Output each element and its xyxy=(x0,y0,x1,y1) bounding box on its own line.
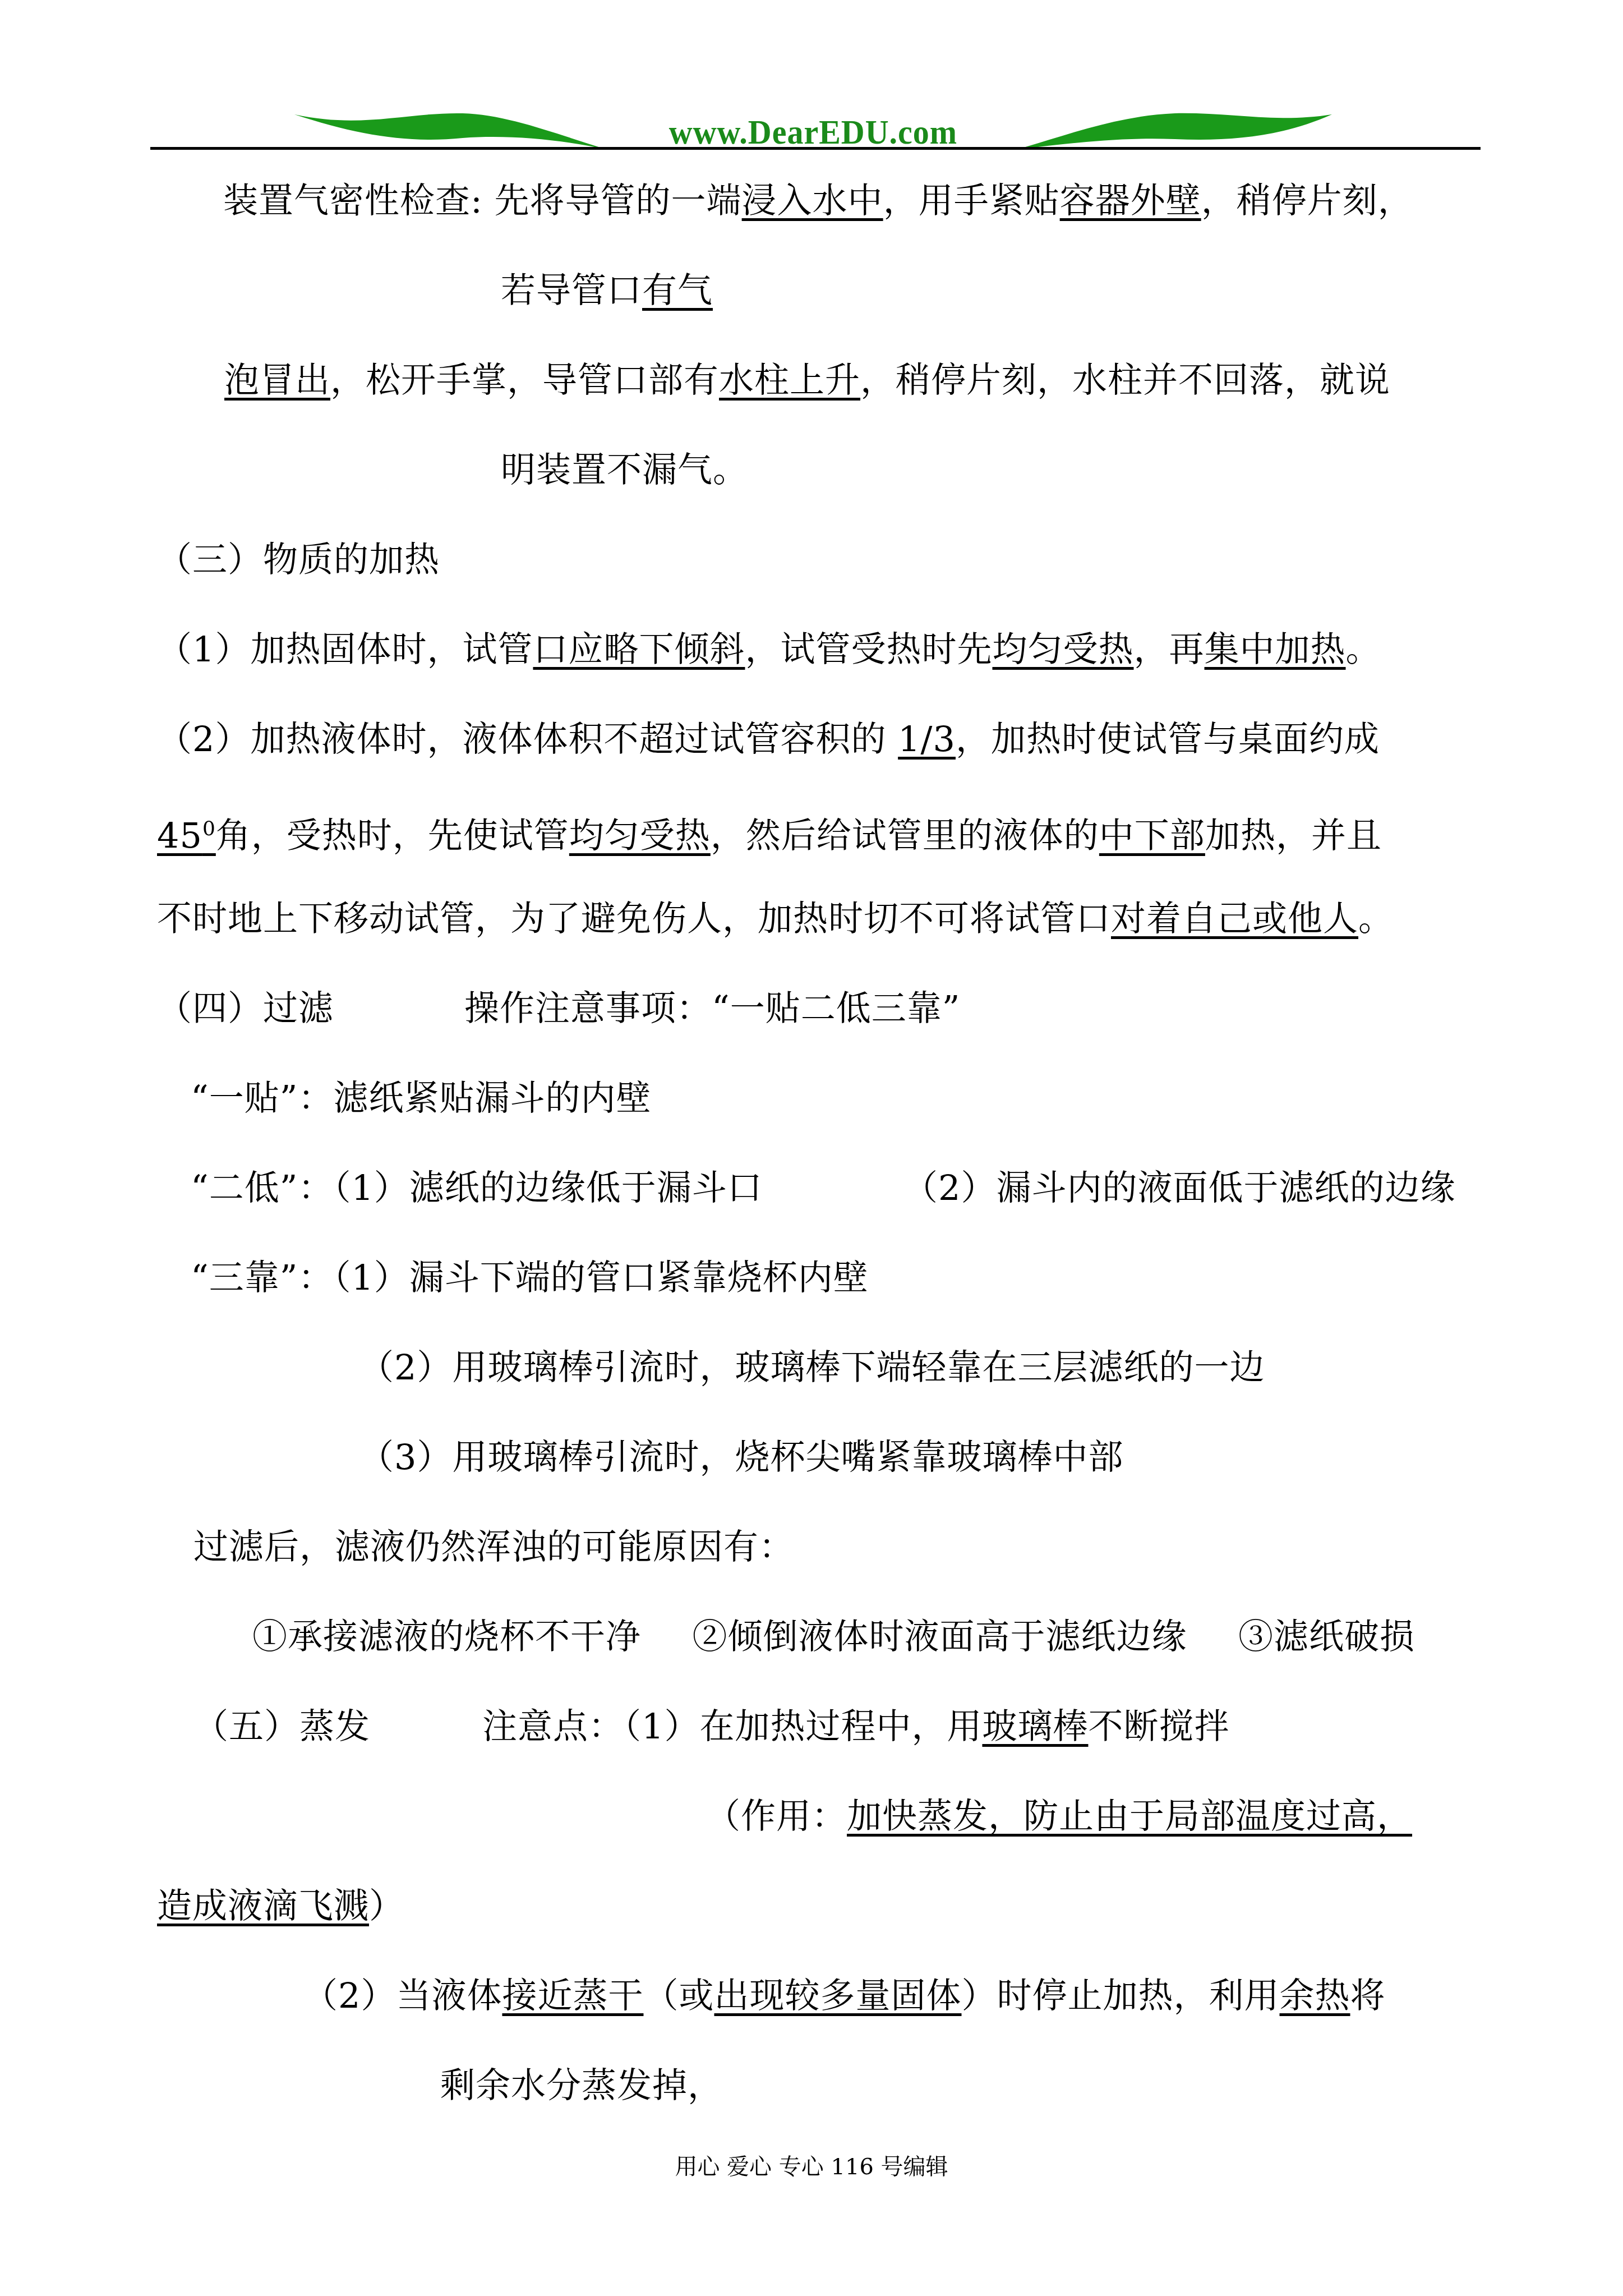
underlined-answer: 对着自己或他人 xyxy=(1111,898,1358,939)
text: ，用手紧贴 xyxy=(883,180,1060,221)
heating-solid-line: （1）加热固体时，试管口应略下倾斜，试管受热时先均匀受热，再集中加热。 xyxy=(157,627,1381,672)
text: （3）用玻璃棒引流时，烧杯尖嘴紧靠玻璃棒中部 xyxy=(359,1437,1123,1478)
evaporation-note-2: （2）当液体接近蒸干（或出现较多量固体）时停止加热，利用余热将 xyxy=(303,1973,1386,2018)
right-swoosh-icon xyxy=(1018,112,1332,151)
section-filtration-title: （四）过滤 xyxy=(157,986,334,1031)
underlined-answer: 口应略下倾斜 xyxy=(533,629,745,670)
text: 装置气密性检查: 先将导管的一端 xyxy=(223,180,742,221)
underlined-answer: 有气 xyxy=(642,270,713,311)
section-evaporation-title: （五）蒸发 xyxy=(193,1704,370,1749)
text: 不时地上下移动试管，为了避免伤人，加热时切不可将试管口 xyxy=(157,898,1111,939)
underlined-answer: 水柱上升 xyxy=(719,360,860,401)
airtightness-line-4: 明装置不漏气。 xyxy=(501,448,748,493)
text: （1）滤纸的边缘低于漏斗口 xyxy=(333,1167,762,1208)
underlined-answer: 玻璃棒 xyxy=(982,1706,1088,1747)
underlined-answer: 余热 xyxy=(1280,1975,1350,2016)
text: ）时停止加热，利用 xyxy=(962,1975,1280,2016)
text: ，稍停片刻， xyxy=(1201,180,1413,221)
underlined-answer: 中下部 xyxy=(1099,815,1205,856)
section-heating-title: （三）物质的加热 xyxy=(157,537,440,582)
degree-superscript: 0 xyxy=(202,817,216,840)
cause-1: ①承接滤液的烧杯不干净 xyxy=(252,1616,641,1657)
text: ，试管受热时先 xyxy=(745,629,992,670)
rule-label: “二低”： xyxy=(191,1167,333,1208)
text: （2）漏斗内的液面低于滤纸的边缘 xyxy=(903,1167,1455,1208)
left-swoosh-icon xyxy=(294,112,608,151)
text: （2）用玻璃棒引流时，玻璃棒下端轻靠在三层滤纸的一边 xyxy=(359,1347,1265,1388)
logo-text: www.DearEDU.com xyxy=(611,112,1015,151)
text: 注意点：（1）在加热过程中，用 xyxy=(482,1706,982,1747)
filtration-note: 操作注意事项：“一贴二低三靠” xyxy=(464,986,960,1031)
angle-value: 45 xyxy=(157,815,202,856)
text: 操作注意事项：“一贴二低三靠” xyxy=(464,988,960,1029)
text: 。 xyxy=(1346,629,1381,670)
text: （1）加热固体时，试管 xyxy=(157,629,533,670)
text: 不断搅拌 xyxy=(1088,1706,1229,1747)
section-title: （四）过滤 xyxy=(157,988,334,1029)
evaporation-note-1: 注意点：（1）在加热过程中，用玻璃棒不断搅拌 xyxy=(482,1704,1229,1749)
evaporation-purpose-2: 造成液滴飞溅） xyxy=(157,1884,404,1929)
text: ） xyxy=(369,1885,404,1926)
rule-label: “三靠”： xyxy=(191,1257,333,1298)
underlined-answer: 450 xyxy=(157,815,216,856)
text: （1）漏斗下端的管口紧靠烧杯内壁 xyxy=(333,1257,868,1298)
text: 明装置不漏气。 xyxy=(501,449,748,490)
underlined-answer: 接近蒸干 xyxy=(502,1975,643,2016)
text: 过滤后，滤液仍然浑浊的可能原因有： xyxy=(193,1526,794,1567)
text: ，然后给试管里的液体的 xyxy=(711,815,1099,856)
filtration-two-low-b: （2）漏斗内的液面低于滤纸的边缘 xyxy=(903,1166,1455,1211)
text: 若导管口 xyxy=(501,270,642,311)
underlined-answer: 泡冒出 xyxy=(224,360,330,401)
cause-3: ③滤纸破损 xyxy=(1238,1616,1415,1657)
underlined-answer: 容器外壁 xyxy=(1060,180,1201,221)
heating-liquid-line-1: （2）加热液体时，液体体积不超过试管容积的 1/3，加热时使试管与桌面约成 xyxy=(157,717,1380,762)
filtration-three-lean-2: （2）用玻璃棒引流时，玻璃棒下端轻靠在三层滤纸的一边 xyxy=(359,1345,1265,1390)
evaporation-purpose-1: （作用：加快蒸发，防止由于局部温度过高， xyxy=(706,1794,1412,1839)
cause-2: ②倾倒液体时液面高于滤纸边缘 xyxy=(692,1616,1187,1657)
evaporation-note-2-cont: 剩余水分蒸发掉， xyxy=(440,2063,723,2108)
underlined-answer: 均匀受热 xyxy=(992,629,1133,670)
text: 。 xyxy=(1358,898,1394,939)
text: 加热，并且 xyxy=(1205,815,1382,856)
turbidity-causes-list: ①承接滤液的烧杯不干净 ②倾倒液体时液面高于滤纸边缘 ③滤纸破损 xyxy=(252,1614,1415,1659)
underlined-answer: 造成液滴飞溅 xyxy=(157,1885,369,1926)
page-footer: 用心 爱心 专心 116 号编辑 xyxy=(0,2153,1623,2181)
filtration-two-low: “二低”：（1）滤纸的边缘低于漏斗口 xyxy=(191,1166,763,1211)
heating-liquid-line-2: 450角，受热时，先使试管均匀受热，然后给试管里的液体的中下部加热，并且 xyxy=(157,807,1382,858)
text: ，松开手掌，导管口部有 xyxy=(330,360,719,401)
header-logo: www.DearEDU.com xyxy=(294,112,1332,151)
heating-liquid-line-3: 不时地上下移动试管，为了避免伤人，加热时切不可将试管口对着自己或他人。 xyxy=(157,896,1394,941)
header-divider xyxy=(150,147,1481,150)
section-title: （五）蒸发 xyxy=(193,1706,370,1747)
text: ，加热时使试管与桌面约成 xyxy=(956,719,1380,760)
text: （或 xyxy=(643,1975,714,2016)
filtration-three-lean-1: “三靠”：（1）漏斗下端的管口紧靠烧杯内壁 xyxy=(191,1255,869,1300)
section-title: （三）物质的加热 xyxy=(157,539,440,580)
underlined-answer: 加快蒸发，防止由于局部温度过高， xyxy=(847,1796,1412,1837)
text: 将 xyxy=(1350,1975,1386,2016)
text: （2）当液体 xyxy=(303,1975,502,2016)
airtightness-line-3: 泡冒出，松开手掌，导管口部有水柱上升，稍停片刻，水柱并不回落，就说 xyxy=(224,358,1390,403)
text: ，再 xyxy=(1134,629,1205,670)
text: 剩余水分蒸发掉， xyxy=(440,2065,723,2106)
rule-label: “一贴”： xyxy=(191,1078,333,1119)
turbidity-causes-title: 过滤后，滤液仍然浑浊的可能原因有： xyxy=(193,1525,794,1570)
airtightness-line-2: 若导管口有气 xyxy=(501,268,713,313)
text: （2）加热液体时，液体体积不超过试管容积的 xyxy=(157,719,898,760)
underlined-answer: 浸入水中 xyxy=(742,180,883,221)
filtration-one-stick: “一贴”：滤纸紧贴漏斗的内壁 xyxy=(191,1076,651,1121)
underlined-answer: 出现较多量固体 xyxy=(714,1975,961,2016)
underlined-answer: 均匀受热 xyxy=(569,815,711,856)
text: 角，受热时，先使试管 xyxy=(216,815,569,856)
text: ，稍停片刻，水柱并不回落，就说 xyxy=(860,360,1390,401)
filtration-three-lean-3: （3）用玻璃棒引流时，烧杯尖嘴紧靠玻璃棒中部 xyxy=(359,1435,1123,1480)
text: （作用： xyxy=(706,1796,847,1837)
text: 滤纸紧贴漏斗的内壁 xyxy=(333,1078,651,1119)
underlined-answer: 集中加热 xyxy=(1205,629,1346,670)
underlined-answer: 1/3 xyxy=(898,719,956,760)
airtightness-line-1: 装置气密性检查: 先将导管的一端浸入水中，用手紧贴容器外壁，稍停片刻， xyxy=(223,178,1413,223)
